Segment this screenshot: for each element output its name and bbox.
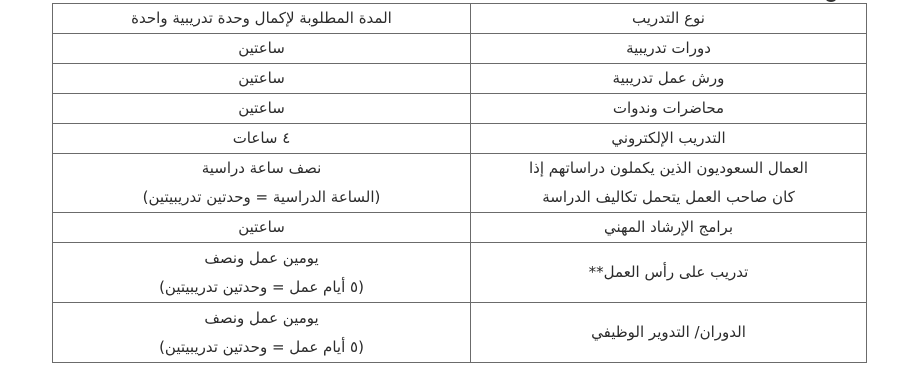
table-row: الدوران/ التدوير الوظيفي يومين عمل ونصف … (53, 303, 867, 363)
table-row: محاضرات وندوات ساعتين (53, 94, 867, 124)
training-type-cell: العمال السعوديون الذين يكملون دراساتهم إ… (471, 154, 867, 213)
duration-cell: نصف ساعة دراسية (الساعة الدراسية = وحدتي… (53, 154, 471, 213)
training-type-cell: برامج الإرشاد المهني (471, 213, 867, 243)
cutoff-text-fragment (826, 0, 836, 2)
table-row: دورات تدريبية ساعتين (53, 34, 867, 64)
duration-cell: ساعتين (53, 94, 471, 124)
training-type-cell: التدريب الإلكتروني (471, 124, 867, 154)
training-type-cell: تدريب على رأس العمل** (471, 243, 867, 303)
duration-cell: ساعتين (53, 213, 471, 243)
table-header-row: نوع التدريب المدة المطلوبة لإكمال وحدة ت… (53, 4, 867, 34)
header-duration: المدة المطلوبة لإكمال وحدة تدريبية واحدة (53, 4, 471, 34)
table-row: برامج الإرشاد المهني ساعتين (53, 213, 867, 243)
training-type-cell: دورات تدريبية (471, 34, 867, 64)
table-row: العمال السعوديون الذين يكملون دراساتهم إ… (53, 154, 867, 213)
duration-cell: ساعتين (53, 34, 471, 64)
training-type-cell: الدوران/ التدوير الوظيفي (471, 303, 867, 363)
duration-cell: يومين عمل ونصف (٥ أيام عمل = وحدتين تدري… (53, 303, 471, 363)
table-row: ورش عمل تدريبية ساعتين (53, 64, 867, 94)
table-row: التدريب الإلكتروني ٤ ساعات (53, 124, 867, 154)
duration-cell: يومين عمل ونصف (٥ أيام عمل = وحدتين تدري… (53, 243, 471, 303)
training-type-cell: ورش عمل تدريبية (471, 64, 867, 94)
training-type-cell: محاضرات وندوات (471, 94, 867, 124)
duration-cell: ساعتين (53, 64, 471, 94)
training-units-table: نوع التدريب المدة المطلوبة لإكمال وحدة ت… (52, 3, 867, 363)
table-row: تدريب على رأس العمل** يومين عمل ونصف (٥ … (53, 243, 867, 303)
header-training-type: نوع التدريب (471, 4, 867, 34)
duration-cell: ٤ ساعات (53, 124, 471, 154)
